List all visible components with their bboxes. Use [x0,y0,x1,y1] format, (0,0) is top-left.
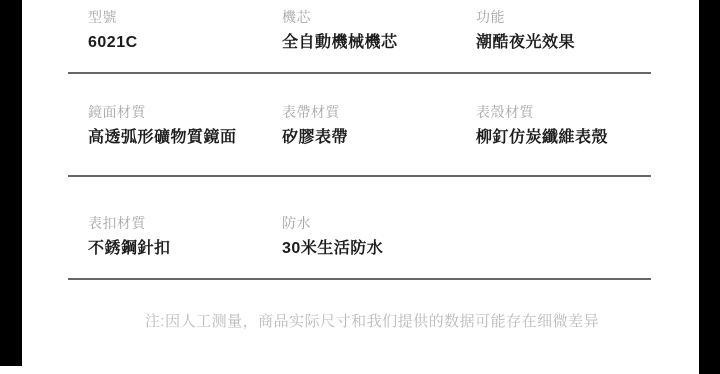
spec-cell-function: 功能 潮酷夜光效果 [476,8,575,53]
spec-cell-waterproof: 防水 30米生活防水 [282,214,383,259]
row-divider [68,278,651,280]
spec-value: 全自動機械機芯 [282,33,398,53]
spec-label: 型號 [88,8,138,26]
spec-value: 柳釘仿炭纖維表殼 [476,128,608,148]
spec-value: 高透弧形礦物質鏡面 [88,128,237,148]
spec-value: 潮酷夜光效果 [476,33,575,53]
spec-label: 表殼材質 [476,103,608,121]
left-gutter-bar [0,0,22,366]
spec-cell-case-material: 表殼材質 柳釘仿炭纖維表殼 [476,103,608,148]
product-spec-sheet: 型號 6021C 機芯 全自動機械機芯 功能 潮酷夜光效果 鏡面材質 高透弧形礦… [0,0,720,374]
row-divider [68,72,651,74]
spec-label: 鏡面材質 [88,103,237,121]
right-gutter-bar [699,0,720,374]
row-divider [68,175,651,177]
spec-label: 防水 [282,214,383,232]
spec-value: 矽膠表帶 [282,128,348,148]
measurement-disclaimer-note: 注:因人工测量，商品实际尺寸和我们提供的数据可能存在细微差异 [24,312,720,332]
spec-cell-movement: 機芯 全自動機械機芯 [282,8,398,53]
spec-cell-strap-material: 表帶材質 矽膠表帶 [282,103,348,148]
spec-label: 表扣材質 [88,214,171,232]
spec-value: 不銹鋼針扣 [88,239,171,259]
spec-cell-model: 型號 6021C [88,8,138,53]
spec-label: 功能 [476,8,575,26]
spec-label: 表帶材質 [282,103,348,121]
spec-value: 30米生活防水 [282,239,383,259]
spec-cell-buckle-material: 表扣材質 不銹鋼針扣 [88,214,171,259]
spec-cell-mirror-material: 鏡面材質 高透弧形礦物質鏡面 [88,103,237,148]
spec-value: 6021C [88,33,138,53]
spec-label: 機芯 [282,8,398,26]
